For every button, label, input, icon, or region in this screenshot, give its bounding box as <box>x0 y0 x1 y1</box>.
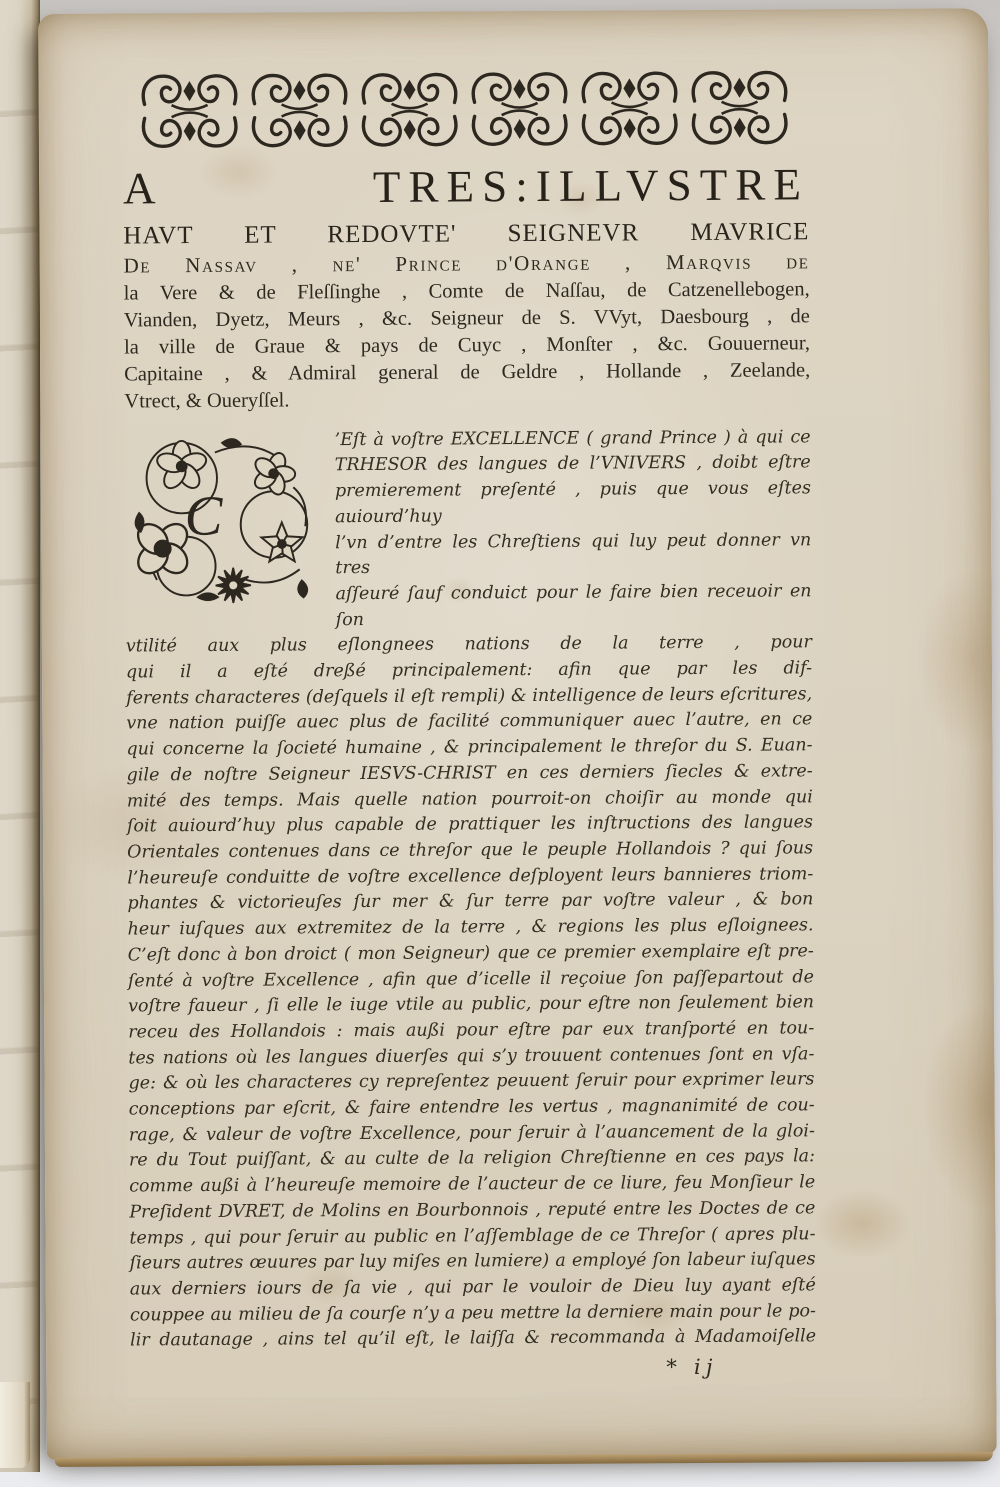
dedication-line-caps: HAVT ET REDOVTE' SEIGNEVR MAVRICE <box>123 217 809 251</box>
body-line: C’eſt donc à bon droict ( mon Seigneur) … <box>128 939 814 969</box>
dedication-line: Capitaine , & Admiral general de Geldre … <box>124 357 810 388</box>
body-line: conceptions par eſcrit, & faire entendre… <box>129 1093 815 1123</box>
photo-background: A TRES:ILLVSTRE HAVT ET REDOVTE' SEIGNEV… <box>0 0 1000 1487</box>
dedication-line: la ville de Graue & pays de Cuyc , Monſt… <box>124 330 810 361</box>
body-line: Orientales contenues dans ce threſor que… <box>127 836 813 866</box>
body-line: lir dautanage , ains tel qu’il eſt, le l… <box>130 1325 816 1355</box>
dedication-line: la Vere & de Fleſſinghe , Comte de Naſſa… <box>124 276 810 307</box>
body-line: aux derniers iours de ſa vie , qui par l… <box>130 1273 816 1303</box>
body-line: qui il a eſté dreßé principalement: afin… <box>126 656 812 686</box>
dedication-title: A TRES:ILLVSTRE <box>123 159 809 215</box>
signature-mark: * ij <box>666 1354 816 1379</box>
dedication-line-smallcaps: De Nassav , ne' Prince d'Orange , Marqvi… <box>123 247 809 280</box>
book-page: A TRES:ILLVSTRE HAVT ET REDOVTE' SEIGNEV… <box>38 8 997 1460</box>
dedication-lines: la Vere & de Fleſſinghe , Comte de Naſſa… <box>124 276 811 415</box>
body-line: comme außi à l’heureuſe memoire de l’auc… <box>129 1170 815 1200</box>
under-page-corner <box>0 1382 30 1468</box>
printer-ornament-band-icon <box>137 67 793 151</box>
dedication-line: Vianden, Dyetz, Meurs , &c. Seigneur de … <box>124 303 810 334</box>
body-line: heur iuſques aux extremitez de la terre … <box>128 913 814 943</box>
dedication-body: C ’Eſt à voſtre EXCELLENCE ( grand Princ… <box>125 425 817 1354</box>
facing-page-edge <box>0 0 40 1472</box>
body-line: gile de noſtre Seigneur IESVS-CHRIST en … <box>127 759 813 789</box>
body-line: Preſident DVRET, de Molins en Bourbonnoi… <box>129 1196 815 1226</box>
woodcut-dropcap-C: C <box>125 432 322 609</box>
page-text-block: A TRES:ILLVSTRE HAVT ET REDOVTE' SEIGNEV… <box>122 67 816 1382</box>
dedication-line: Vtrect, & Oueryſſel. <box>124 384 810 415</box>
body-line: qui concerne la ſocieté humaine , & prin… <box>126 733 812 763</box>
body-line: receu des Hollandois : mais außi pour eſ… <box>128 1016 814 1046</box>
drop-cap-letter: C <box>184 484 223 547</box>
